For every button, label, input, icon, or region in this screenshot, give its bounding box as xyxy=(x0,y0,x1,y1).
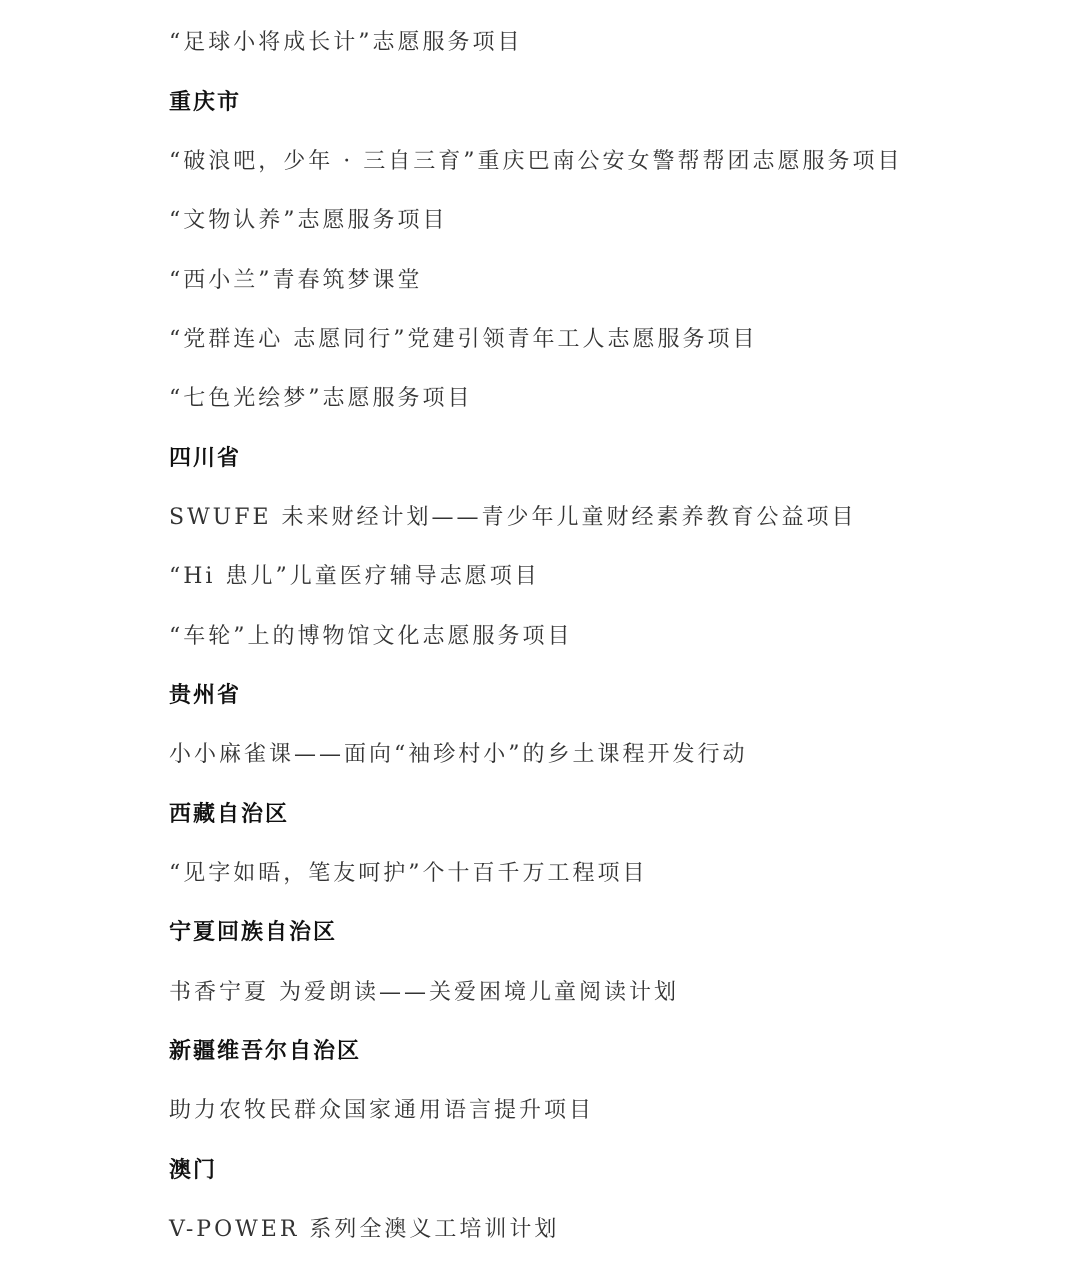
document-page: “足球小将成长计”志愿服务项目 重庆市 “破浪吧，少年 · 三自三育”重庆巴南公… xyxy=(0,0,1080,1264)
project-item: SWUFE 未来财经计划——青少年儿童财经素养教育公益项目 xyxy=(169,503,857,533)
project-item: “Hi 患儿”儿童医疗辅导志愿项目 xyxy=(169,562,540,592)
project-item: 小小麻雀课——面向“袖珍村小”的乡土课程开发行动 xyxy=(169,740,748,770)
region-heading-tibet: 西藏自治区 xyxy=(169,800,289,830)
project-item: 书香宁夏 为爱朗读——关爱困境儿童阅读计划 xyxy=(169,978,679,1008)
region-heading-xinjiang: 新疆维吾尔自治区 xyxy=(169,1037,361,1067)
project-item: “文物认养”志愿服务项目 xyxy=(169,206,448,236)
project-item: 助力农牧民群众国家通用语言提升项目 xyxy=(169,1096,594,1126)
project-item: “西小兰”青春筑梦课堂 xyxy=(169,266,423,296)
region-heading-ningxia: 宁夏回族自治区 xyxy=(169,918,337,948)
region-heading-guizhou: 贵州省 xyxy=(169,681,241,711)
project-item: “党群连心 志愿同行”党建引领青年工人志愿服务项目 xyxy=(169,325,758,355)
project-item: “七色光绘梦”志愿服务项目 xyxy=(169,384,473,414)
project-item: V-POWER 系列全澳义工培训计划 xyxy=(169,1215,559,1245)
region-heading-sichuan: 四川省 xyxy=(169,444,241,474)
region-heading-chongqing: 重庆市 xyxy=(169,88,241,118)
project-item: “见字如晤，笔友呵护”个十百千万工程项目 xyxy=(169,859,648,889)
region-heading-macau: 澳门 xyxy=(169,1156,217,1186)
project-item: “足球小将成长计”志愿服务项目 xyxy=(169,28,523,58)
project-item: “破浪吧，少年 · 三自三育”重庆巴南公安女警帮帮团志愿服务项目 xyxy=(169,147,902,177)
project-item: “车轮”上的博物馆文化志愿服务项目 xyxy=(169,622,573,652)
